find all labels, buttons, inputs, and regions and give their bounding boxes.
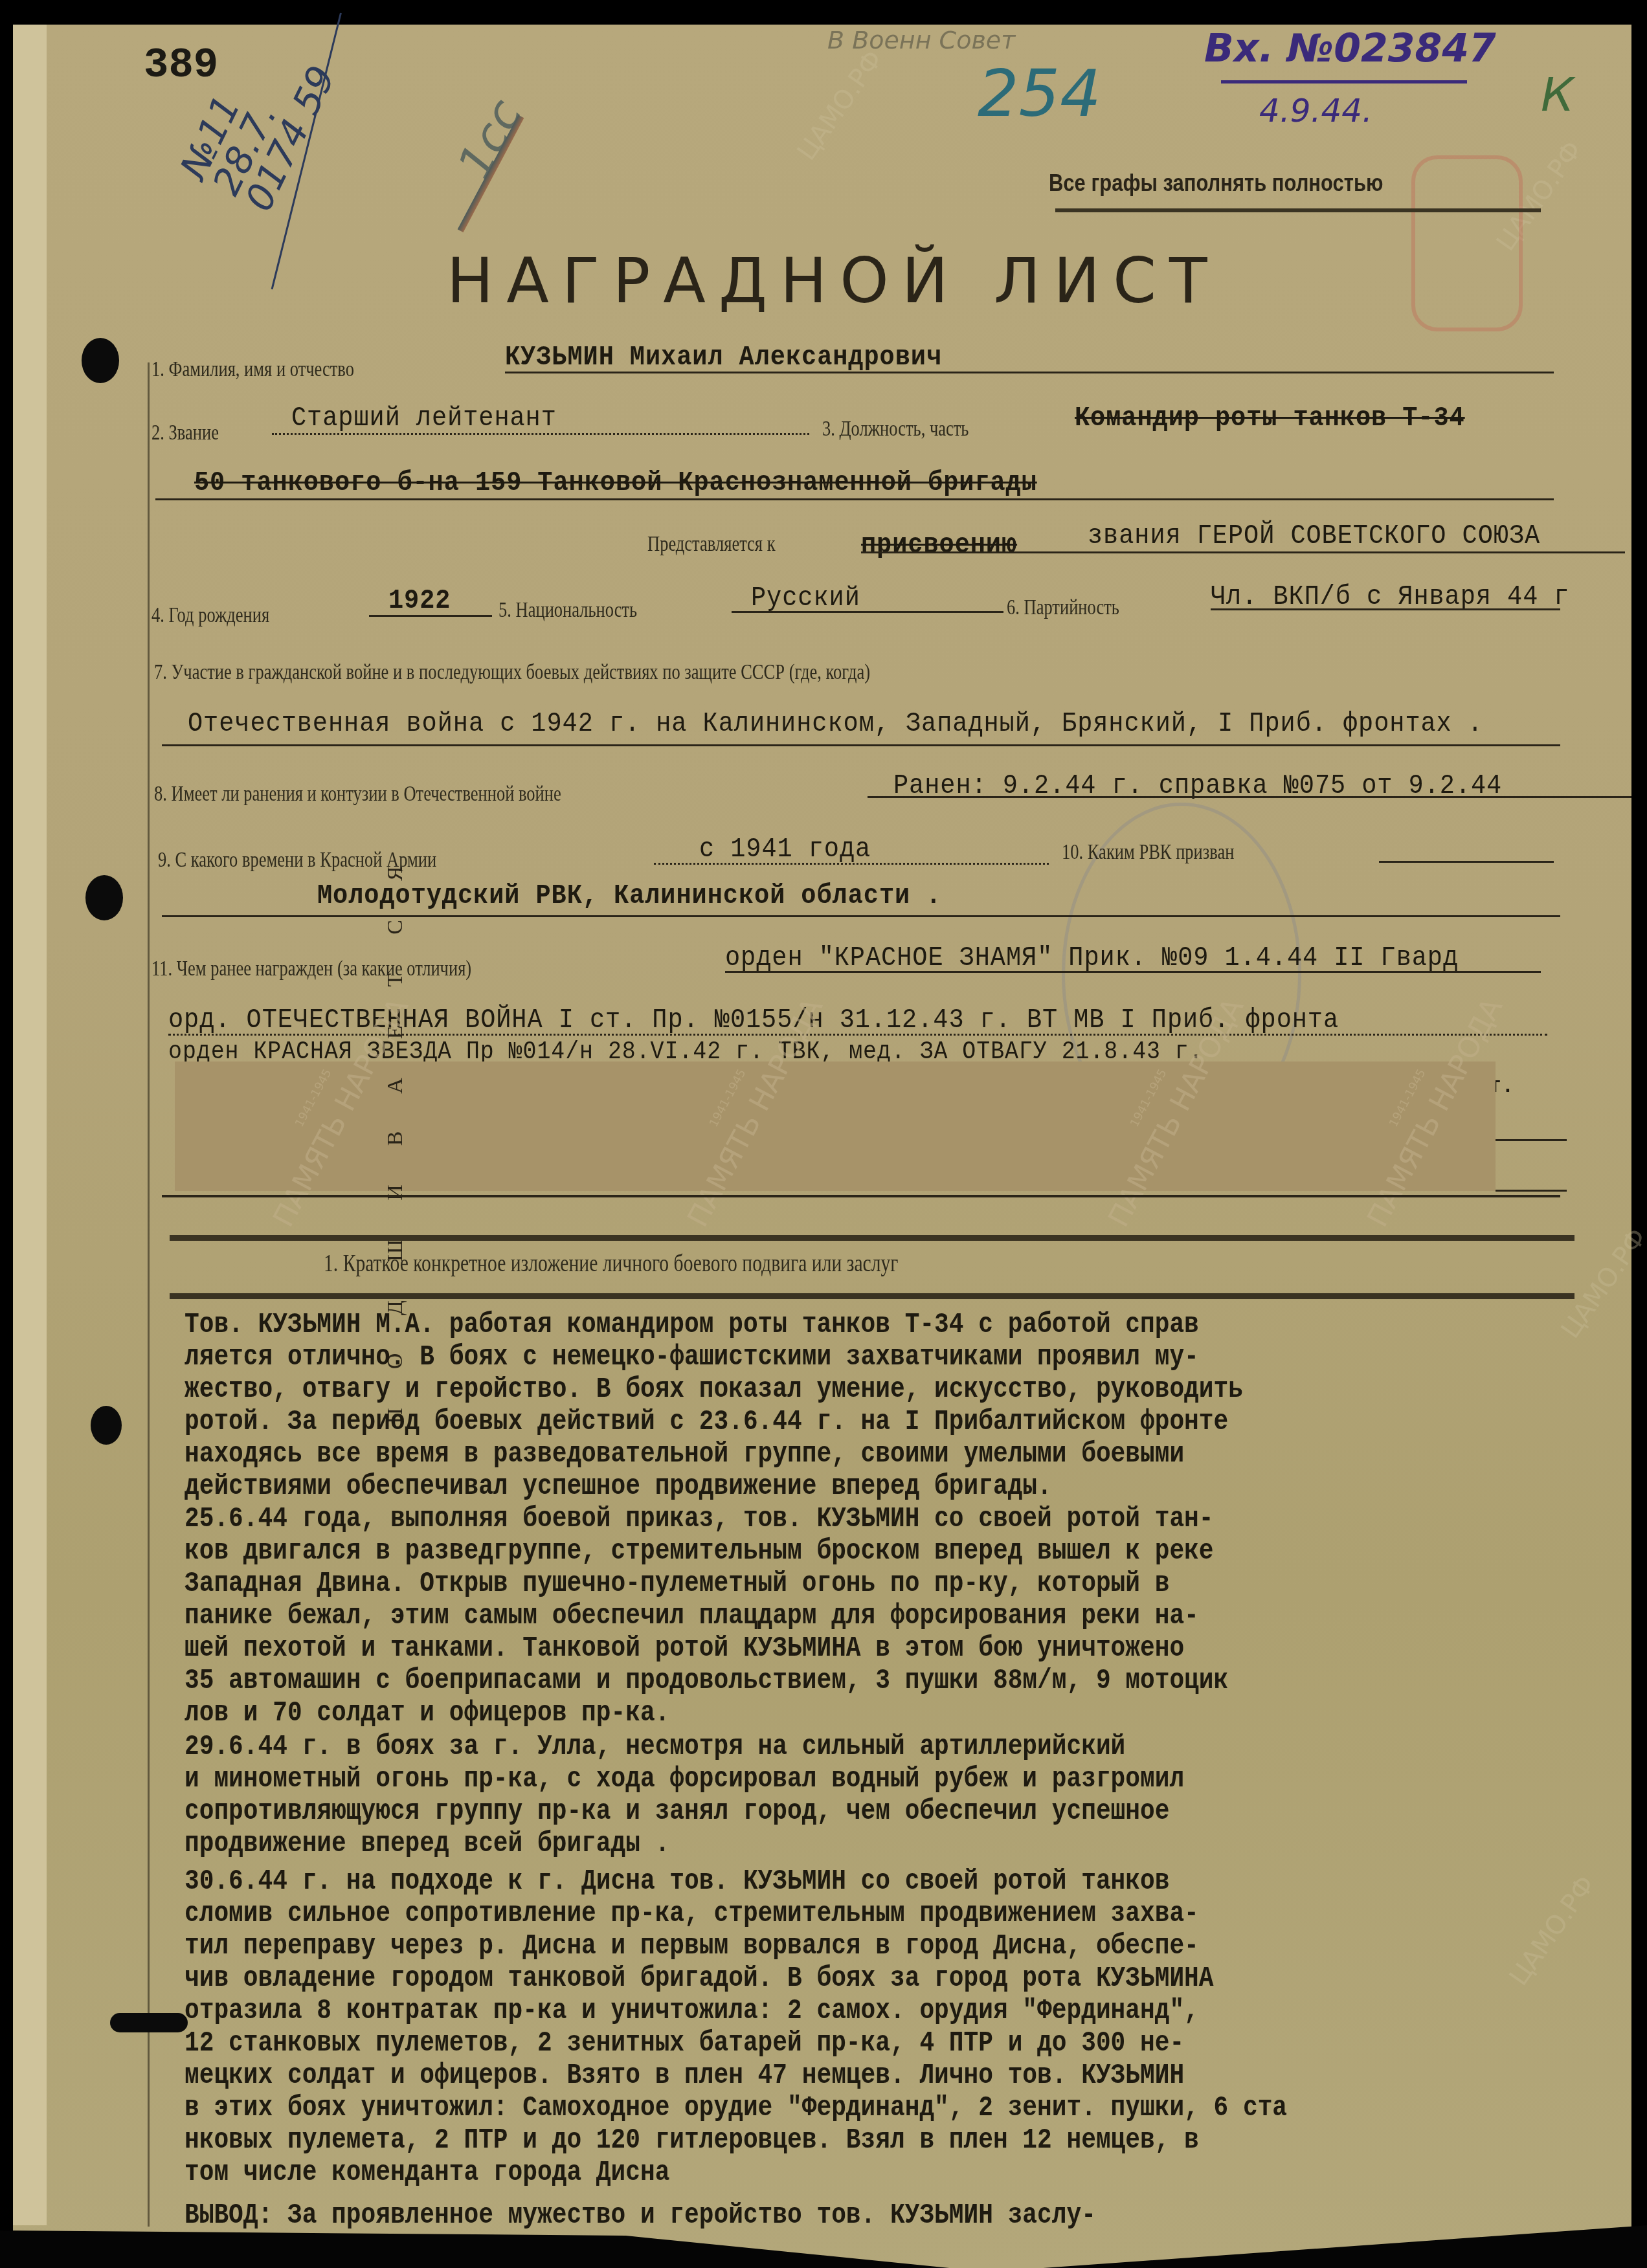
banner-underline bbox=[1055, 208, 1541, 212]
field-3-value-line2: 50 танкового б-на 159 Танковой Краснозна… bbox=[194, 467, 1037, 498]
incoming-number: Вх. №023847 bbox=[1204, 26, 1496, 71]
field-5-label: 5. Национальность bbox=[499, 598, 637, 623]
field-6-underline bbox=[1211, 608, 1560, 610]
punch-hole bbox=[110, 2013, 188, 2032]
narrative-line: действиями обеспечивал успешное продвиже… bbox=[185, 1471, 1052, 1503]
field-11-underline-stub bbox=[1496, 1190, 1567, 1192]
section-rule-top bbox=[170, 1235, 1574, 1241]
narrative-line: сломив сильное сопротивление пр-ка, стре… bbox=[185, 1898, 1199, 1930]
narrative-line: находясь все время в разведовательной гр… bbox=[185, 1438, 1184, 1471]
narrative-line: мецких солдат и офицеров. Взято в плен 4… bbox=[185, 2060, 1184, 2092]
narrative-line: лов и 70 солдат и офицеров пр-ка. bbox=[185, 1697, 669, 1729]
punch-hole bbox=[85, 875, 123, 920]
field-4-label: 4. Год рождения bbox=[151, 603, 269, 628]
field-7-label: 7. Участие в гражданской войне и в после… bbox=[154, 660, 870, 685]
punch-hole bbox=[82, 338, 119, 383]
field-11-underline-stub bbox=[1496, 1139, 1567, 1141]
field-6-label: 6. Партийность bbox=[1007, 595, 1119, 620]
field-2-value: Старший лейтенант bbox=[291, 403, 557, 434]
redacted-underline bbox=[162, 1195, 1560, 1197]
field-2-underline bbox=[272, 431, 809, 435]
narrative-line: панике бежал, этим самым обеспечил плацд… bbox=[185, 1600, 1199, 1632]
narrative-line: Западная Двина. Открыв пушечно-пулеметны… bbox=[185, 1568, 1169, 1600]
field-3-underline bbox=[155, 498, 1554, 500]
page-title: НАГРАДНОЙ ЛИСТ bbox=[447, 245, 1220, 317]
narrative-line: 25.6.44 года, выполняя боевой приказ, то… bbox=[185, 1503, 1214, 1535]
field-3-label: 3. Должность, часть bbox=[822, 417, 969, 441]
field-9-value: с 1941 года bbox=[699, 834, 871, 865]
binding-strip bbox=[13, 25, 47, 2225]
nomination-underline bbox=[861, 551, 1625, 553]
narrative-line: Тов. КУЗЬМИН М.А. работая командиром рот… bbox=[185, 1309, 1199, 1341]
narrative-line: и минометный огонь пр-ка, с хода форсиро… bbox=[185, 1763, 1184, 1795]
field-5-underline bbox=[732, 611, 1003, 613]
field-1-value: КУЗЬМИН Михаил Александрович bbox=[505, 342, 942, 373]
section-heading: 1. Краткое конкретное изложение личного … bbox=[324, 1249, 898, 1278]
instruction-banner: Все графы заполнять полностью bbox=[1049, 170, 1383, 197]
narrative-line: продвижение вперед всей бригады . bbox=[185, 1828, 669, 1860]
incoming-number-underline bbox=[1221, 80, 1467, 83]
narrative-line: чив овладение городом танковой бригадой.… bbox=[185, 1962, 1214, 1995]
narrative-line: ляется отлично. В боях с немецко-фашистс… bbox=[185, 1341, 1199, 1373]
margin-rule bbox=[148, 362, 150, 2227]
nomination-label: Представляется к bbox=[647, 532, 776, 557]
field-11-underline-1 bbox=[725, 971, 1541, 973]
incoming-date: 4.9.44. bbox=[1259, 92, 1372, 129]
handwritten-number: 254 bbox=[978, 56, 1101, 131]
field-7-value: Отечественная война с 1942 г. на Калинин… bbox=[188, 708, 1483, 739]
narrative-line: отразила 8 контратак пр-ка и уничтожила:… bbox=[185, 1995, 1199, 2027]
field-10-label: 10. Каким РВК призван bbox=[1062, 840, 1234, 865]
field-4-value: 1922 bbox=[388, 585, 451, 616]
narrative-line: тил переправу через р. Дисна и первым во… bbox=[185, 1930, 1199, 1962]
field-11-line-1: орден "КРАСНОЕ ЗНАМЯ" Прик. №09 1.4.44 I… bbox=[725, 942, 1459, 973]
narrative-line: 30.6.44 г. на подходе к г. Дисна тов. КУ… bbox=[185, 1865, 1169, 1898]
field-10-underline-top bbox=[1379, 861, 1554, 863]
narrative-line: ВЫВОД: За проявленное мужество и геройст… bbox=[185, 2199, 1096, 2232]
narrative-line: нковых пулемета, 2 ПТР и до 120 гитлеров… bbox=[185, 2124, 1199, 2157]
field-10-value: Молодотудский РВК, Калининской области . bbox=[317, 880, 941, 911]
nomination-struck: присвоению bbox=[861, 529, 1017, 561]
field-7-underline bbox=[162, 744, 1560, 746]
page-number: 389 bbox=[144, 43, 218, 89]
field-9-underline bbox=[654, 861, 1049, 865]
field-5-value: Русский bbox=[751, 583, 860, 614]
field-1-label: 1. Фамилия, имя и отчество bbox=[151, 357, 354, 382]
narrative-line: 12 станковых пулеметов, 2 зенитных батар… bbox=[185, 2027, 1184, 2060]
field-3-value: Командир роты танков Т-34 bbox=[1075, 403, 1465, 434]
narrative-line: 35 автомашин с боеприпасами и продовольс… bbox=[185, 1665, 1228, 1697]
field-2-label: 2. Звание bbox=[151, 421, 219, 445]
narrative-line: сопротивляющуюся группу пр-ка и занял го… bbox=[185, 1795, 1169, 1828]
narrative-line: том числе коменданта города Дисна bbox=[185, 2157, 669, 2189]
narrative-line: шей пехотой и танками. Танковой ротой КУ… bbox=[185, 1632, 1184, 1665]
field-8-underline bbox=[868, 796, 1631, 798]
field-4-underline bbox=[369, 615, 492, 617]
narrative-line: в этих боях уничтожил: Самоходное орудие… bbox=[185, 2092, 1287, 2124]
narrative-line: ротой. За период боевых действий с 23.6.… bbox=[185, 1406, 1228, 1438]
red-stamp-mark bbox=[1411, 155, 1523, 331]
narrative-line: ков двигался в разведгруппе, стремительн… bbox=[185, 1535, 1214, 1568]
narrative-line: жество, отвагу и геройство. В боях показ… bbox=[185, 1373, 1243, 1406]
section-rule-bottom bbox=[170, 1293, 1574, 1299]
field-10-underline bbox=[162, 915, 1560, 917]
narrative-line: 29.6.44 г. в боях за г. Улла, несмотря н… bbox=[185, 1731, 1125, 1763]
handwritten-note-top: В Военн Совет bbox=[827, 26, 1015, 54]
punch-hole bbox=[91, 1406, 122, 1445]
field-1-underline bbox=[505, 372, 1554, 373]
field-8-label: 8. Имеет ли ранения и контузии в Отечест… bbox=[154, 782, 561, 806]
field-11-label: 11. Чем ранее награжден (за какие отличи… bbox=[151, 957, 471, 981]
nomination-value: звания ГЕРОЙ СОВЕТСКОГО СОЮЗА bbox=[1088, 520, 1540, 551]
field-6-value: Чл. ВКП/б с Января 44 г bbox=[1211, 581, 1569, 612]
letter-mark: К bbox=[1541, 67, 1574, 122]
